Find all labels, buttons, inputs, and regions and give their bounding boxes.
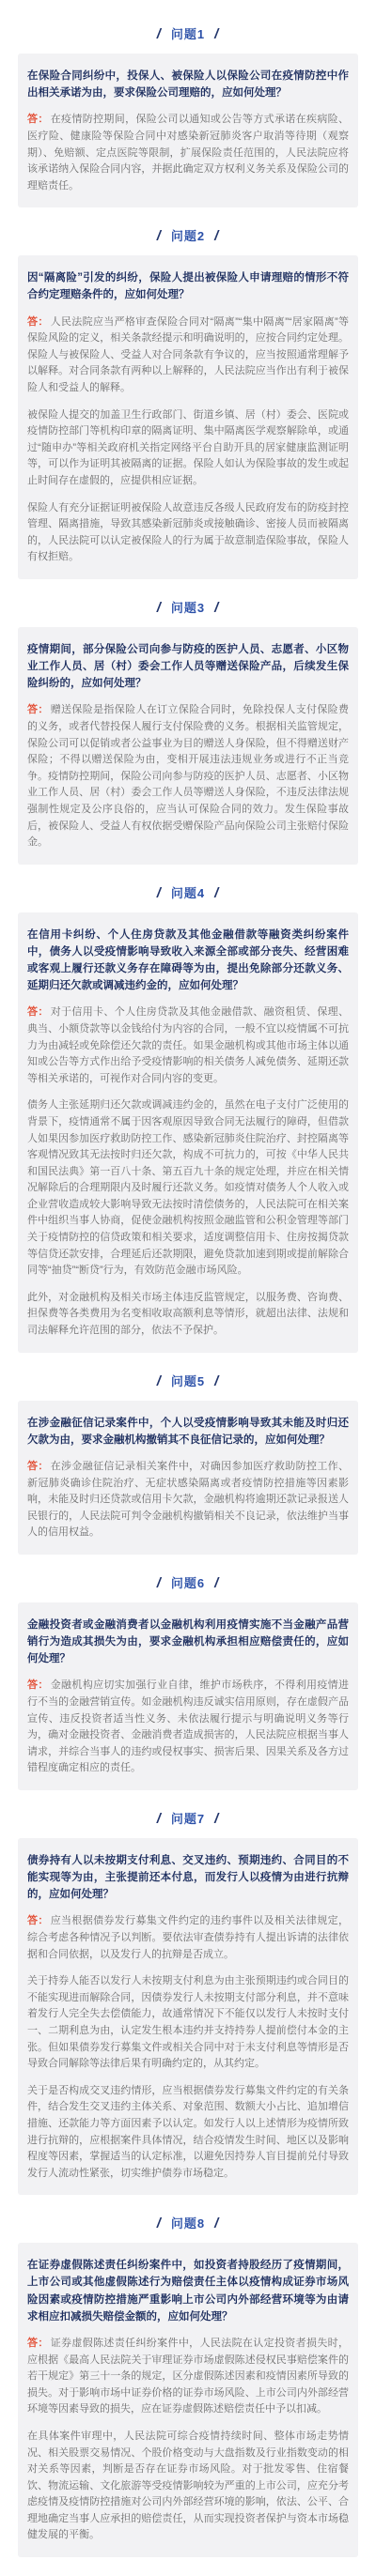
slash-left-icon: / [157, 1373, 162, 1389]
slash-right-icon: / [214, 1575, 219, 1591]
slash-right-icon: / [214, 1373, 219, 1389]
qa-section: /问题6/金融投资者或金融消费者以金融机构利用疫情实施不当金融产品营销行为造成其… [0, 1573, 376, 1790]
question-text: 在证券虚假陈述责任纠纷案件中，如投资者持股经历了疫情期间，上市公司或其他虚假陈述… [27, 2257, 349, 2325]
question-number: 问题3 [171, 601, 205, 615]
question-header: /问题5/ [0, 1372, 376, 1389]
answer-paragraph: 债务人主张延期归还欠款或调减违约金的，虽然在电子支付广泛使用的背景下，疫情通常不… [27, 1097, 349, 1280]
answer-paragraph: 答：应当根据债券发行募集文件约定的违约事件以及相关法律规定，综合考虑各种情况予以… [27, 1913, 349, 1963]
answer-block: 答：金融机构应切实加强行业自律，维护市场秩序，不得利用疫情进行不当的金融营销宣传… [27, 1678, 349, 1777]
answer-label: 答： [27, 704, 49, 715]
question-text: 债券持有人以未按期支付利息、交叉违约、预期违约、合同目的不能实现等为由，主张提前… [27, 1852, 349, 1903]
question-text: 因“隔离险”引发的纠纷，保险人提出被保险人申请理赔的情形不符合约定理赔条件的，应… [27, 269, 349, 303]
slash-right-icon: / [214, 600, 219, 616]
qa-card: 在证券虚假陈述责任纠纷案件中，如投资者持股经历了疫情期间，上市公司或其他虚假陈述… [18, 2243, 358, 2557]
question-header: /问题4/ [0, 883, 376, 901]
answer-block: 答：应当根据债券发行募集文件约定的违约事件以及相关法律规定，综合考虑各种情况予以… [27, 1913, 349, 2182]
qa-card: 金融投资者或金融消费者以金融机构利用疫情实施不当金融产品营销行为造成其损失为由，… [18, 1602, 358, 1790]
answer-label: 答： [27, 1679, 49, 1691]
question-number: 问题2 [171, 229, 205, 243]
answer-label: 答： [27, 114, 49, 125]
qa-section: /问题7/债券持有人以未按期支付利息、交叉违约、预期违约、合同目的不能实现等为由… [0, 1809, 376, 2195]
question-text: 在保险合同纠纷中，投保人、被保险人以保险公司在疫情防控中作出相关承诺为由，要求保… [27, 68, 349, 101]
answer-label: 答： [27, 316, 49, 328]
question-text: 在信用卡纠纷、个人住房贷款及其他金融借款等融资类纠纷案件中，债务人以受疫情影响导… [27, 927, 349, 995]
answer-paragraph: 关于持券人能否以发行人未按期支付利息为由主张预期违约或合同目的不能实现进而解除合… [27, 1973, 349, 2073]
slash-left-icon: / [157, 600, 162, 616]
question-header: /问题6/ [0, 1573, 376, 1591]
slash-right-icon: / [214, 1811, 219, 1827]
slash-left-icon: / [157, 2216, 162, 2231]
slash-right-icon: / [214, 2216, 219, 2231]
answer-paragraph: 在具体案件审理中，人民法院可综合疫情持续时间、整体市场走势情况、相关股票交易情况… [27, 2429, 349, 2544]
answer-paragraph: 答：赠送保险是指保险人在订立保险合同时，免除投保人支付保险费的义务，或者代替投保… [27, 702, 349, 851]
question-number: 问题8 [171, 2216, 205, 2231]
answer-paragraph: 被保险人提交的加盖卫生行政部门、街道乡镇、居（村）委会、医院或疫情防控部门等机构… [27, 407, 349, 490]
question-header: /问题1/ [0, 24, 376, 42]
answer-label: 答： [27, 1006, 49, 1018]
answer-paragraph: 答：人民法院应当严格审查保险合同对“隔离”“集中隔离”“居家隔离”等保险风险的定… [27, 314, 349, 397]
qa-document-page: /问题1/在保险合同纠纷中，投保人、被保险人以保险公司在疫情防控中作出相关承诺为… [0, 0, 376, 2576]
question-text: 在涉金融征信记录案件中，个人以受疫情影响导致其未能及时归还欠款为由，要求金融机构… [27, 1415, 349, 1449]
slash-left-icon: / [157, 885, 162, 901]
qa-section: /问题8/在证券虚假陈述责任纠纷案件中，如投资者持股经历了疫情期间，上市公司或其… [0, 2214, 376, 2557]
question-number: 问题4 [171, 886, 205, 900]
question-number: 问题5 [171, 1374, 205, 1388]
answer-block: 答：人民法院应当严格审查保险合同对“隔离”“集中隔离”“居家隔离”等保险风险的定… [27, 314, 349, 566]
answer-label: 答： [27, 2338, 49, 2349]
question-header: /问题2/ [0, 226, 376, 244]
answer-paragraph: 此外，对金融机构及相关市场主体违反监管规定，以服务费、咨询费、担保费等各类费用为… [27, 1290, 349, 1340]
slash-right-icon: / [214, 885, 219, 901]
qa-list: /问题1/在保险合同纠纷中，投保人、被保险人以保险公司在疫情防控中作出相关承诺为… [0, 24, 376, 2557]
qa-section: /问题4/在信用卡纠纷、个人住房贷款及其他金融借款等融资类纠纷案件中，债务人以受… [0, 883, 376, 1353]
qa-section: /问题2/因“隔离险”引发的纠纷，保险人提出被保险人申请理赔的情形不符合约定理赔… [0, 226, 376, 579]
answer-paragraph: 答：在涉金融征信记录相关案件中，对确因参加医疗救助防控工作、新冠肺炎确诊住院治疗… [27, 1459, 349, 1541]
qa-section: /问题5/在涉金融征信记录案件中，个人以受疫情影响导致其未能及时归还欠款为由，要… [0, 1372, 376, 1555]
qa-card: 在保险合同纠纷中，投保人、被保险人以保险公司在疫情防控中作出相关承诺为由，要求保… [18, 54, 358, 207]
answer-paragraph: 答：证券虚假陈述责任纠纷案件中，人民法院在认定投资者损失时，应根据《最高人民法院… [27, 2336, 349, 2418]
question-number: 问题7 [171, 1812, 205, 1826]
question-number: 问题6 [171, 1576, 205, 1590]
slash-left-icon: / [157, 26, 162, 42]
qa-card: 在信用卡纠纷、个人住房贷款及其他金融借款等融资类纠纷案件中，债务人以受疫情影响导… [18, 912, 358, 1353]
question-header: /问题8/ [0, 2214, 376, 2231]
slash-left-icon: / [157, 1575, 162, 1591]
answer-paragraph: 答：在疫情防控期间，保险公司以通知或公告等方式承诺在疾病险、医疗险、健康险等保险… [27, 112, 349, 194]
question-number: 问题1 [171, 27, 205, 41]
answer-block: 答：在疫情防控期间，保险公司以通知或公告等方式承诺在疾病险、医疗险、健康险等保险… [27, 112, 349, 194]
answer-paragraph: 答：金融机构应切实加强行业自律，维护市场秩序，不得利用疫情进行不当的金融营销宣传… [27, 1678, 349, 1777]
slash-right-icon: / [214, 26, 219, 42]
slash-left-icon: / [157, 1811, 162, 1827]
question-text: 疫情期间，部分保险公司向参与防疫的医护人员、志愿者、小区物业工作人员、居（村）委… [27, 641, 349, 692]
answer-paragraph: 关于是否构成交叉违约情形，应当根据债券发行募集文件约定的有关条件，结合发生交叉违… [27, 2083, 349, 2183]
qa-card: 因“隔离险”引发的纠纷，保险人提出被保险人申请理赔的情形不符合约定理赔条件的，应… [18, 255, 358, 579]
answer-label: 答： [27, 1915, 49, 1926]
question-header: /问题3/ [0, 598, 376, 616]
qa-card: 疫情期间，部分保险公司向参与防疫的医护人员、志愿者、小区物业工作人员、居（村）委… [18, 627, 358, 865]
answer-block: 答：对于信用卡、个人住房贷款及其他金融借款、融资租赁、保理、典当、小额贷款等以金… [27, 1004, 349, 1339]
qa-section: /问题3/疫情期间，部分保险公司向参与防疫的医护人员、志愿者、小区物业工作人员、… [0, 598, 376, 865]
answer-paragraph: 保险人有充分证据证明被保险人故意违反各级人民政府发布的防疫封控管理、隔离措施，导… [27, 500, 349, 566]
question-header: /问题7/ [0, 1809, 376, 1827]
qa-card: 在涉金融征信记录案件中，个人以受疫情影响导致其未能及时归还欠款为由，要求金融机构… [18, 1401, 358, 1555]
answer-block: 答：赠送保险是指保险人在订立保险合同时，免除投保人支付保险费的义务，或者代替投保… [27, 702, 349, 851]
slash-left-icon: / [157, 228, 162, 244]
answer-block: 答：在涉金融征信记录相关案件中，对确因参加医疗救助防控工作、新冠肺炎确诊住院治疗… [27, 1459, 349, 1541]
question-text: 金融投资者或金融消费者以金融机构利用疫情实施不当金融产品营销行为造成其损失为由，… [27, 1617, 349, 1667]
qa-card: 债券持有人以未按期支付利息、交叉违约、预期违约、合同目的不能实现等为由，主张提前… [18, 1838, 358, 2195]
answer-label: 答： [27, 1461, 49, 1472]
answer-block: 答：证券虚假陈述责任纠纷案件中，人民法院在认定投资者损失时，应根据《最高人民法院… [27, 2336, 349, 2544]
answer-paragraph: 答：对于信用卡、个人住房贷款及其他金融借款、融资租赁、保理、典当、小额贷款等以金… [27, 1004, 349, 1087]
qa-section: /问题1/在保险合同纠纷中，投保人、被保险人以保险公司在疫情防控中作出相关承诺为… [0, 24, 376, 207]
slash-right-icon: / [214, 228, 219, 244]
